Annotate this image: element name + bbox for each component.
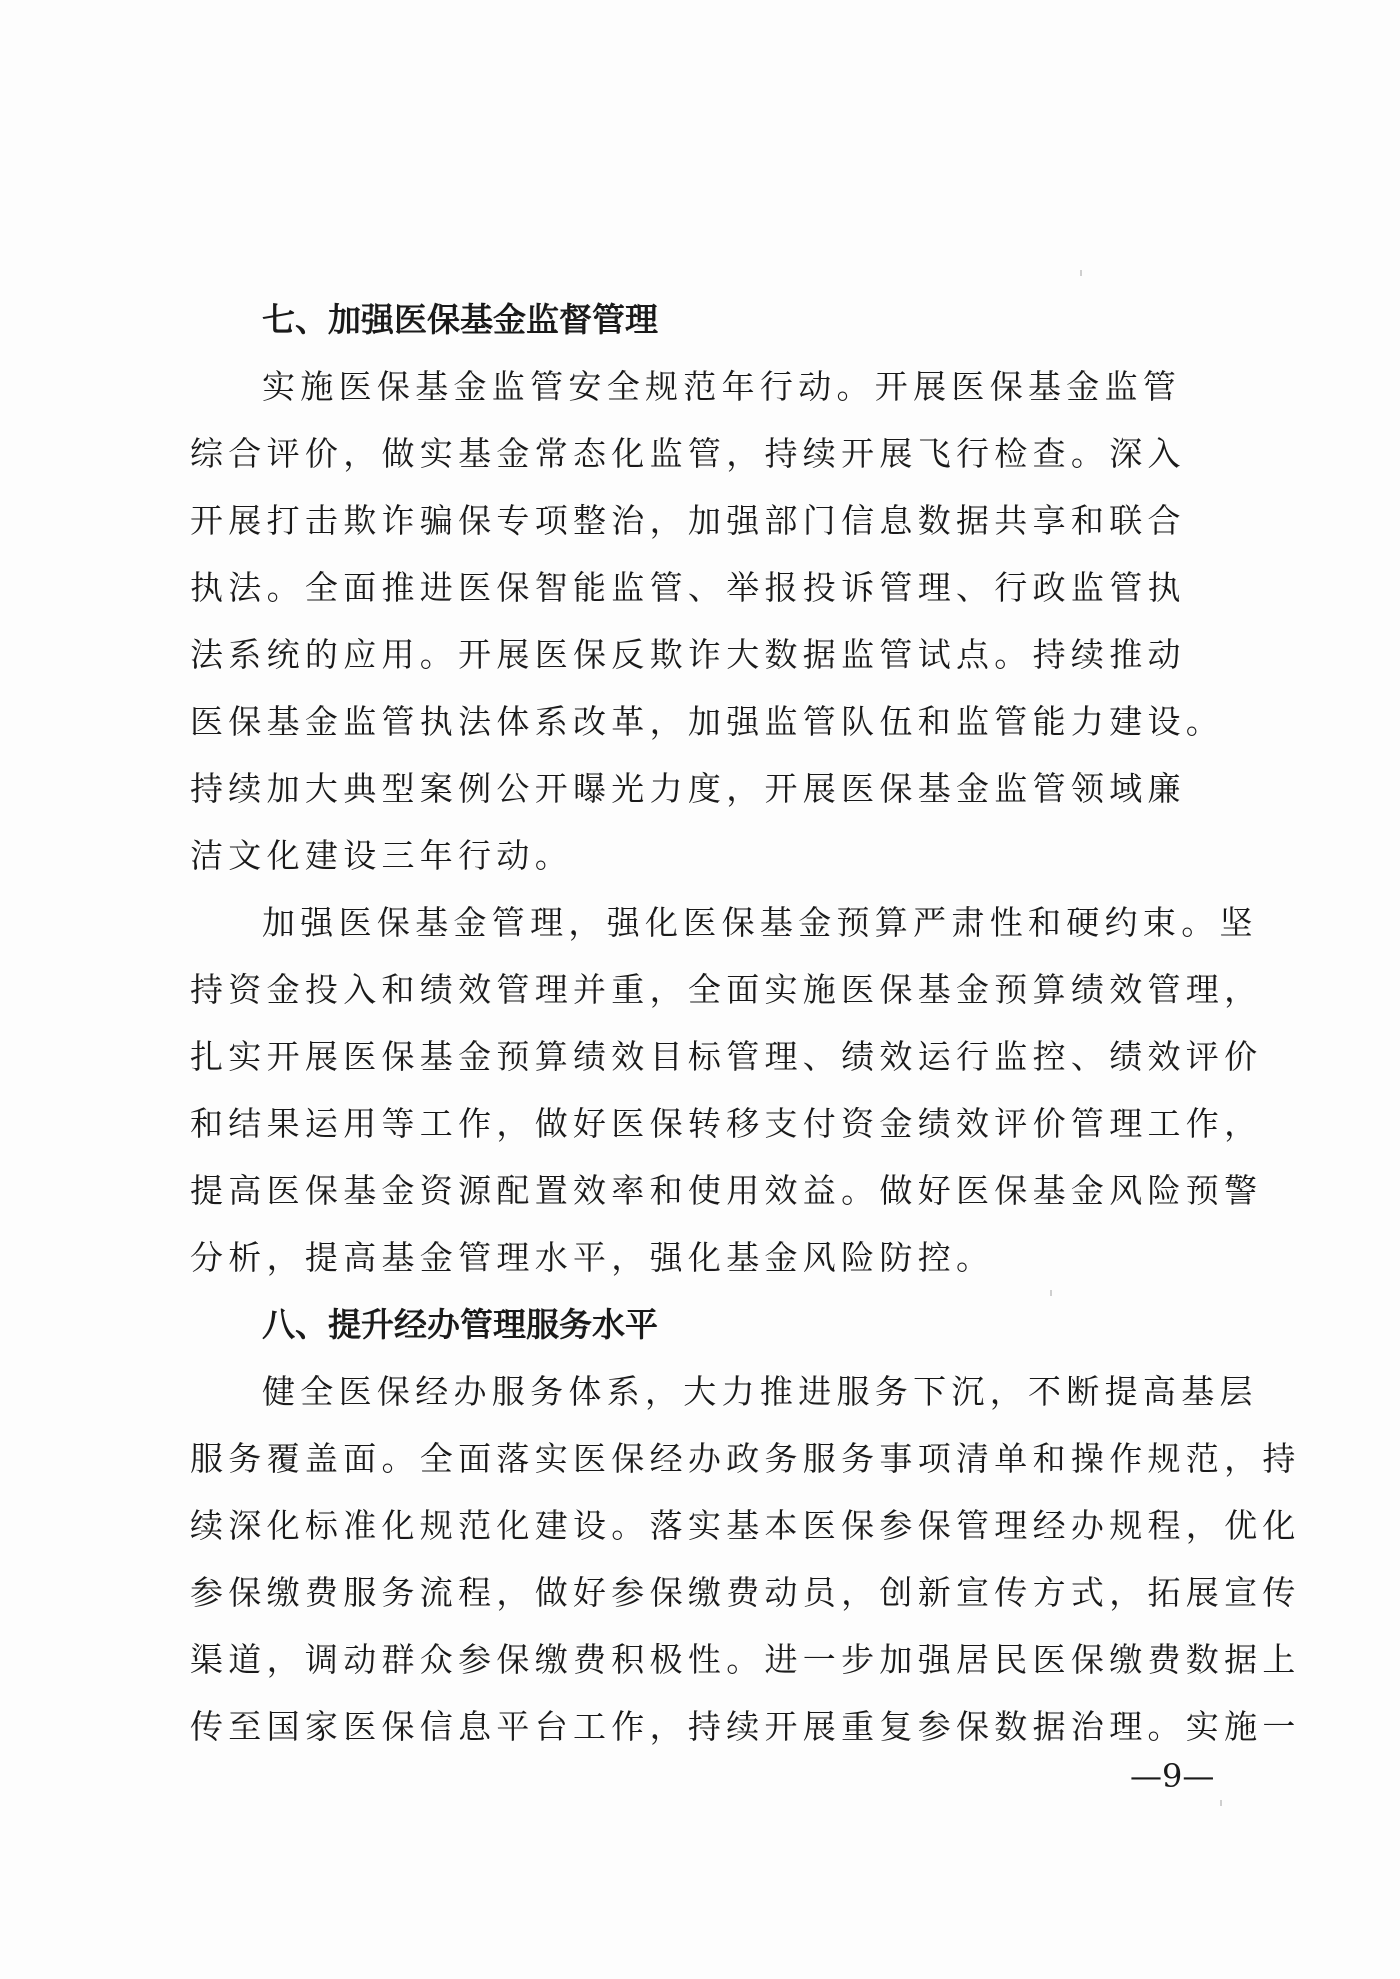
text-line: 续深化标准化规范化建设。落实基本医保参保管理经办规程，优化: [190, 1492, 1194, 1559]
section-heading-7: 七、加强医保基金监督管理: [190, 286, 1194, 353]
paragraph-fund-management: 加强医保基金管理，强化医保基金预算严肃性和硬约束。坚 持资金投入和绩效管理并重，…: [190, 889, 1194, 1291]
text-line: 传至国家医保信息平台工作，持续开展重复参保数据治理。实施一: [190, 1693, 1194, 1760]
section-heading-8: 八、提升经办管理服务水平: [190, 1291, 1194, 1358]
scan-artifact: [1080, 270, 1082, 276]
text-line: 扎实开展医保基金预算绩效目标管理、绩效运行监控、绩效评价: [190, 1023, 1194, 1090]
text-line: 参保缴费服务流程，做好参保缴费动员，创新宣传方式，拓展宣传: [190, 1559, 1194, 1626]
text-line: 渠道，调动群众参保缴费积极性。进一步加强居民医保缴费数据上: [190, 1626, 1194, 1693]
scan-artifact: [1050, 1290, 1052, 1296]
text-line: 洁文化建设三年行动。: [190, 822, 1194, 889]
scan-artifact: [1220, 1800, 1222, 1806]
text-line: 分析，提高基金管理水平，强化基金风险防控。: [190, 1224, 1194, 1291]
text-line: 开展打击欺诈骗保专项整治，加强部门信息数据共享和联合: [190, 487, 1194, 554]
text-line: 服务覆盖面。全面落实医保经办政务服务事项清单和操作规范，持: [190, 1425, 1194, 1492]
text-line: 和结果运用等工作，做好医保转移支付资金绩效评价管理工作，: [190, 1090, 1194, 1157]
text-line: 综合评价，做实基金常态化监管，持续开展飞行检查。深入: [190, 420, 1194, 487]
text-line: 健全医保经办服务体系，大力推进服务下沉，不断提高基层: [190, 1358, 1194, 1425]
paragraph-fund-supervision: 实施医保基金监管安全规范年行动。开展医保基金监管 综合评价，做实基金常态化监管，…: [190, 353, 1194, 889]
text-line: 医保基金监管执法体系改革，加强监管队伍和监管能力建设。: [190, 688, 1194, 755]
text-line: 法系统的应用。开展医保反欺诈大数据监管试点。持续推动: [190, 621, 1194, 688]
text-line: 持资金投入和绩效管理并重，全面实施医保基金预算绩效管理，: [190, 956, 1194, 1023]
text-line: 实施医保基金监管安全规范年行动。开展医保基金监管: [190, 353, 1194, 420]
text-line: 提高医保基金资源配置效率和使用效益。做好医保基金风险预警: [190, 1157, 1194, 1224]
page-content: 七、加强医保基金监督管理 实施医保基金监管安全规范年行动。开展医保基金监管 综合…: [190, 286, 1194, 1760]
page-number: —9—: [1130, 1757, 1214, 1795]
text-line: 加强医保基金管理，强化医保基金预算严肃性和硬约束。坚: [190, 889, 1194, 956]
text-line: 执法。全面推进医保智能监管、举报投诉管理、行政监管执: [190, 554, 1194, 621]
document-page: 七、加强医保基金监督管理 实施医保基金监管安全规范年行动。开展医保基金监管 综合…: [0, 0, 1400, 1979]
text-line: 持续加大典型案例公开曝光力度，开展医保基金监管领域廉: [190, 755, 1194, 822]
paragraph-service-system: 健全医保经办服务体系，大力推进服务下沉，不断提高基层 服务覆盖面。全面落实医保经…: [190, 1358, 1194, 1760]
